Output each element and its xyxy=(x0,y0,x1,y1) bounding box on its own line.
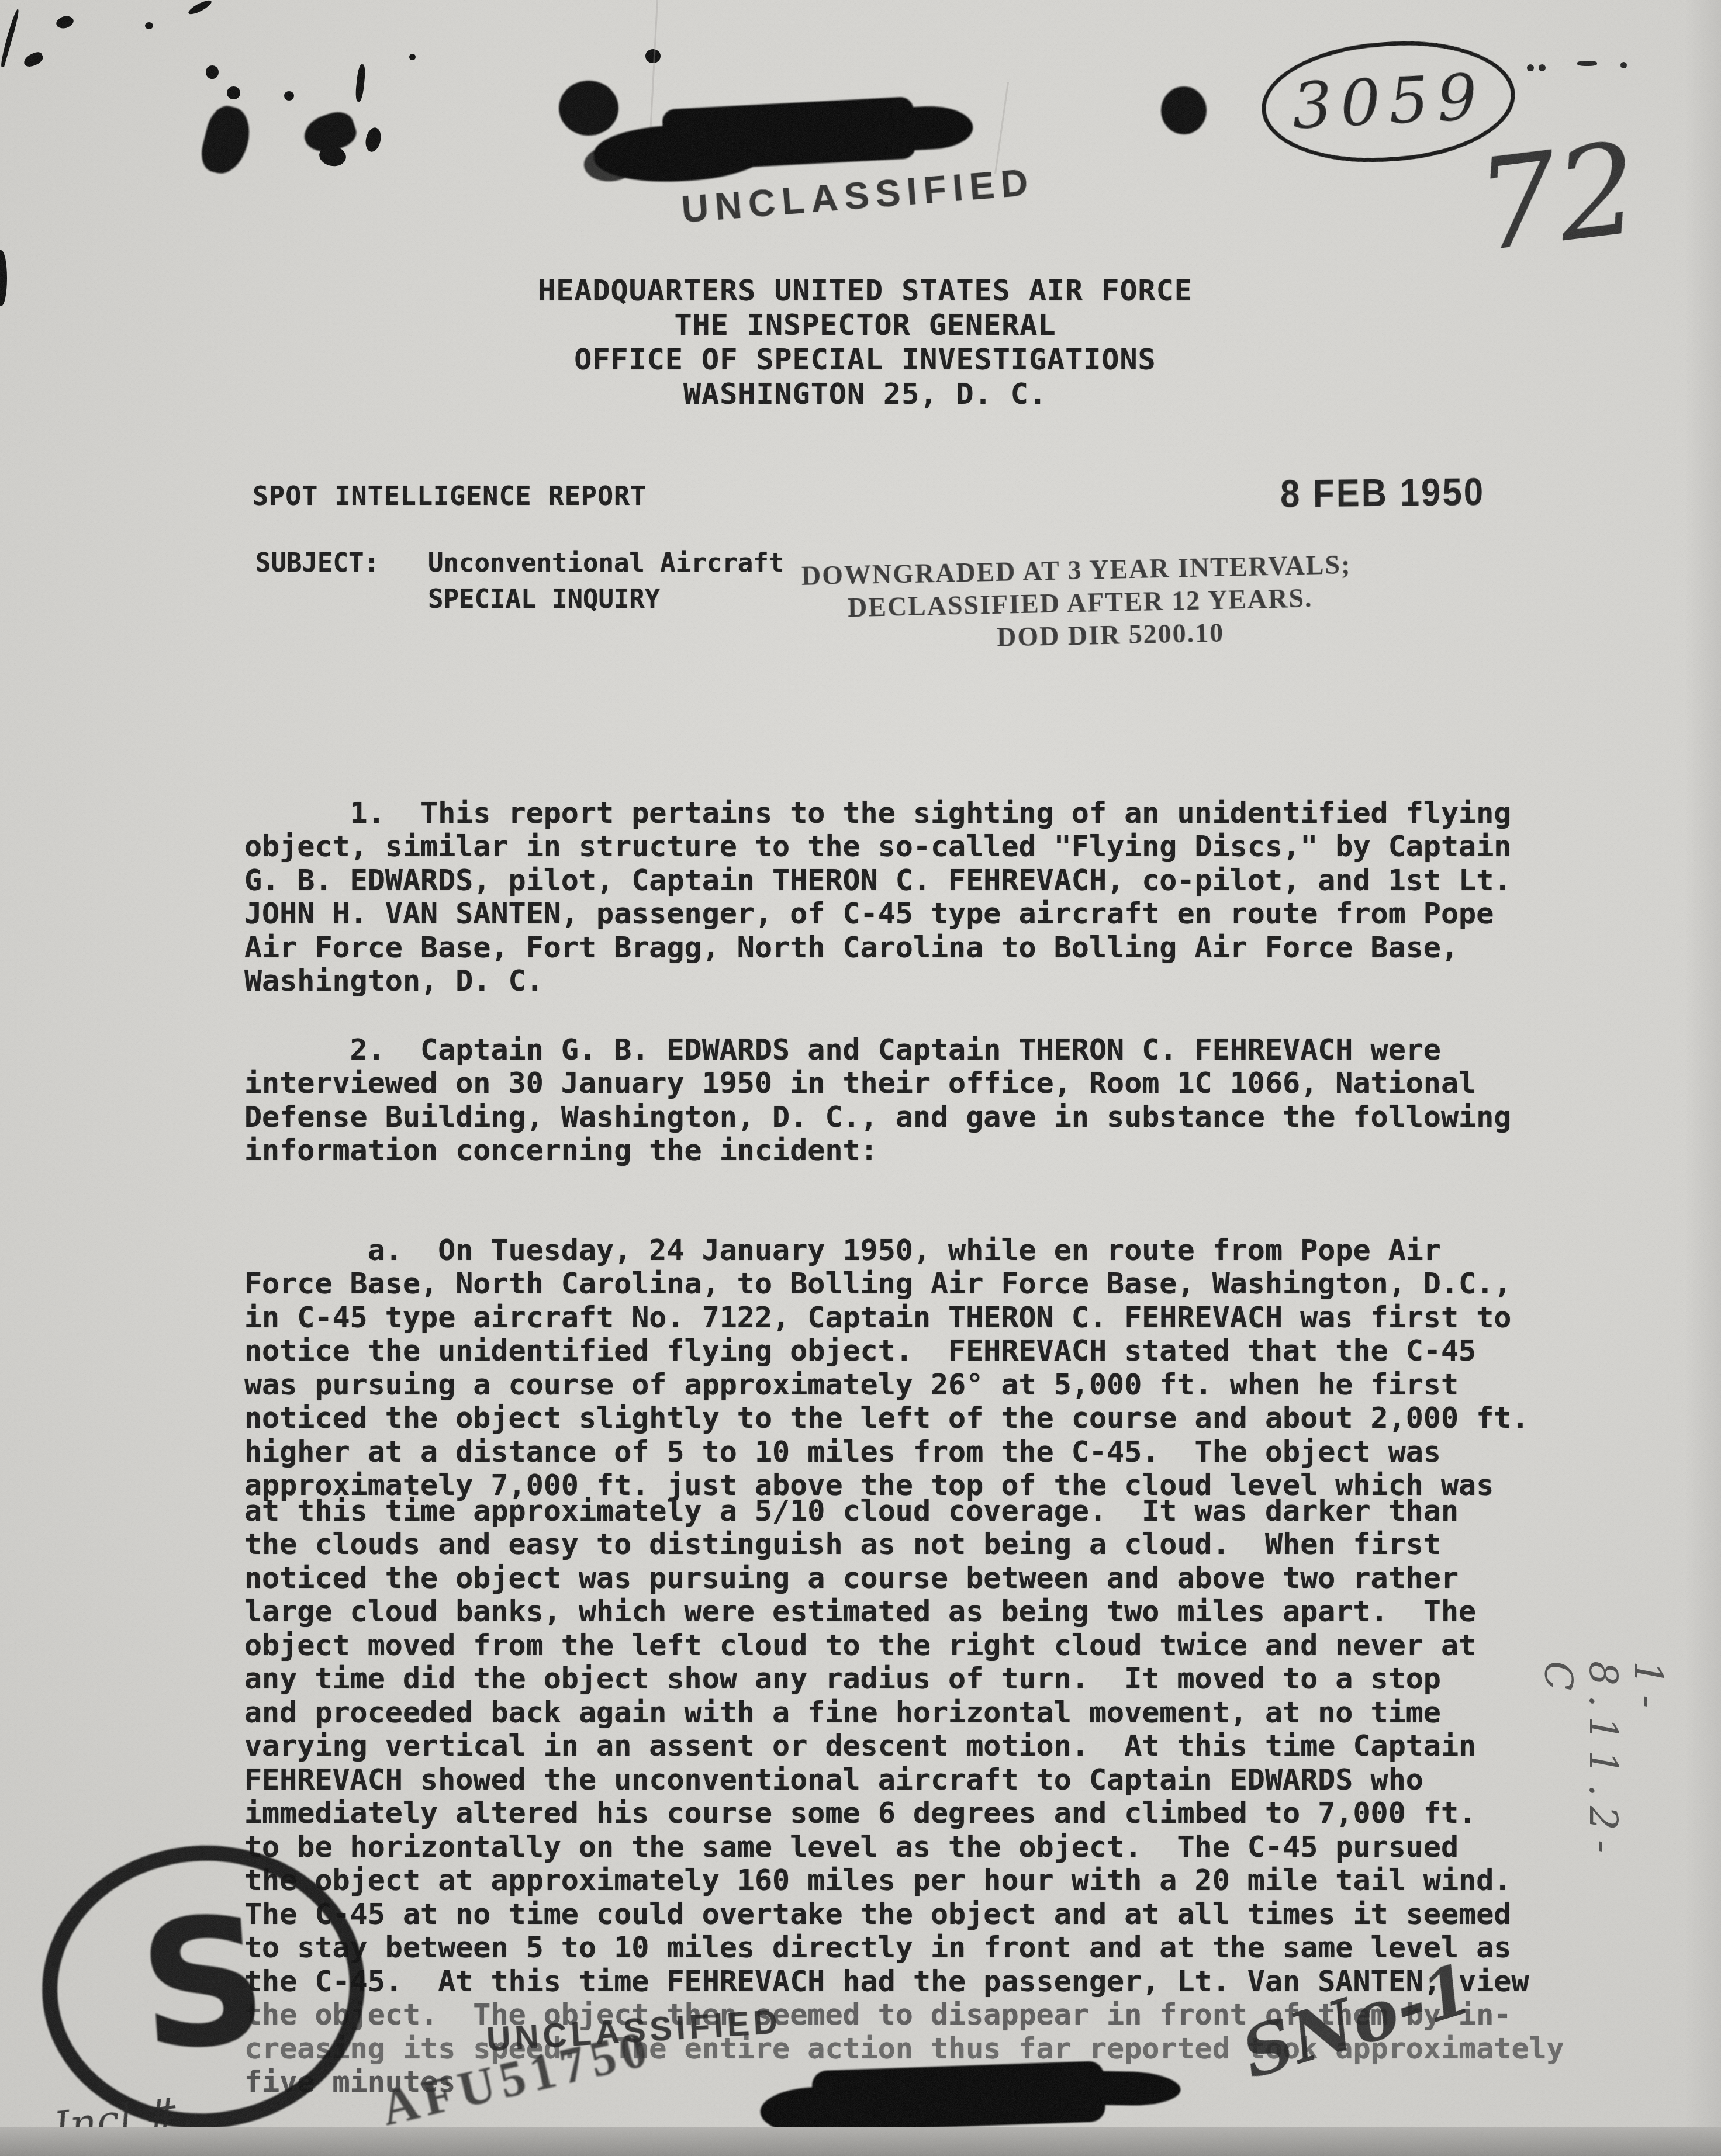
paper-crease xyxy=(994,82,1009,174)
text-line: noticed the object was pursuing a course… xyxy=(244,1562,1564,1596)
ink-smudge xyxy=(355,64,367,102)
text-line: higher at a distance of 5 to 10 miles fr… xyxy=(244,1435,1564,1469)
text-line: object moved from the left cloud to the … xyxy=(244,1629,1564,1663)
subject-line2: SPECIAL INQUIRY xyxy=(428,584,660,614)
text-line: and proceeded back again with a fine hor… xyxy=(244,1696,1564,1730)
text-line: Force Base, North Carolina, to Bolling A… xyxy=(244,1267,1564,1301)
subject-label: SUBJECT: xyxy=(255,548,379,578)
text-line: immediately altered his course some 6 de… xyxy=(244,1797,1564,1830)
ink-smudge xyxy=(22,50,44,69)
subject-line1: Unconventional Aircraft xyxy=(428,548,784,578)
hole-punch-mark xyxy=(1161,86,1207,134)
text-line: interviewed on 30 January 1950 in their … xyxy=(244,1067,1511,1101)
text-line: JOHN H. VAN SANTEN, passenger, of C-45 t… xyxy=(244,897,1511,931)
ink-smudge xyxy=(145,22,153,29)
text-line: large cloud banks, which were estimated … xyxy=(244,1595,1564,1629)
handwritten-file-number: 1-8.11.2-C xyxy=(1536,1661,1671,1862)
ink-smudge xyxy=(364,126,383,153)
text-line: the clouds and easy to distinguish as no… xyxy=(244,1528,1564,1562)
downgrade-stamp: DOWNGRADED AT 3 YEAR INTERVALS; DECLASSI… xyxy=(801,548,1353,658)
text-line: was pursuing a course of approximately 2… xyxy=(244,1368,1564,1402)
text-line: object, similar in structure to the so-c… xyxy=(244,830,1511,864)
date-stamp: 8 FEB 1950 xyxy=(1280,469,1485,516)
text-line: in C-45 type aircraft No. 7122, Captain … xyxy=(244,1301,1564,1335)
letterhead-line4: WASHINGTON 25, D. C. xyxy=(514,377,1216,411)
letterhead-line2: THE INSPECTOR GENERAL xyxy=(514,308,1216,342)
ink-smudge xyxy=(197,102,255,178)
letterhead: HEADQUARTERS UNITED STATES AIR FORCE THE… xyxy=(514,274,1216,411)
letterhead-line3: OFFICE OF SPECIAL INVESTIGATIONS xyxy=(514,342,1216,377)
text-line: FEHREVACH showed the unconventional airc… xyxy=(244,1763,1564,1797)
document-number: 3059 xyxy=(1290,60,1487,143)
text-line: 1. This report pertains to the sighting … xyxy=(244,797,1511,830)
paragraph-a: a. On Tuesday, 24 January 1950, while en… xyxy=(244,1133,1564,2099)
text-line: G. B. EDWARDS, pilot, Captain THERON C. … xyxy=(244,864,1511,898)
report-title: SPOT INTELLIGENCE REPORT xyxy=(253,480,647,511)
pen-dots xyxy=(1527,56,1644,85)
downgrade-stamp-line3: DOD DIR 5200.10 xyxy=(997,614,1353,654)
text-line: 2. Captain G. B. EDWARDS and Captain THE… xyxy=(244,1033,1511,1067)
letterhead-line1: HEADQUARTERS UNITED STATES AIR FORCE xyxy=(514,274,1216,308)
ink-smudge xyxy=(409,54,416,60)
ink-smudge xyxy=(284,91,294,101)
scan-edge-right xyxy=(1685,0,1721,2156)
scan-edge-bottom xyxy=(0,2127,1721,2156)
scanned-document-page: 3059 72 UNCLASSIFIED HEADQUARTERS UNITED… xyxy=(0,0,1721,2156)
text-line: to stay between 5 to 10 miles directly i… xyxy=(244,1931,1564,1965)
text-line: to be horizontally on the same level as … xyxy=(244,1830,1564,1864)
text-line: Defense Building, Washington, D. C., and… xyxy=(244,1101,1511,1134)
edge-tick xyxy=(0,250,7,306)
ink-smudge xyxy=(55,14,75,30)
text-line: noticed the object slightly to the left … xyxy=(244,1401,1564,1435)
handwritten-page-number: 72 xyxy=(1470,115,1646,279)
text-line: notice the unidentified flying object. F… xyxy=(244,1334,1564,1368)
ink-smudge xyxy=(227,86,240,99)
text-line: a. On Tuesday, 24 January 1950, while en… xyxy=(244,1234,1564,1268)
ink-smudge xyxy=(0,9,20,68)
text-line: the object at approximately 160 miles pe… xyxy=(244,1864,1564,1898)
text-line: any time did the object show any radius … xyxy=(244,1662,1564,1696)
text-line: varying vertical in an assent or descent… xyxy=(244,1729,1564,1763)
text-line: The C-45 at no time could overtake the o… xyxy=(244,1898,1564,1932)
text-line: at this time approximately a 5/10 cloud … xyxy=(244,1494,1564,1528)
ink-smudge xyxy=(187,0,213,17)
ink-smudge xyxy=(206,65,219,79)
s-stamp-letter: S xyxy=(133,1877,274,2089)
